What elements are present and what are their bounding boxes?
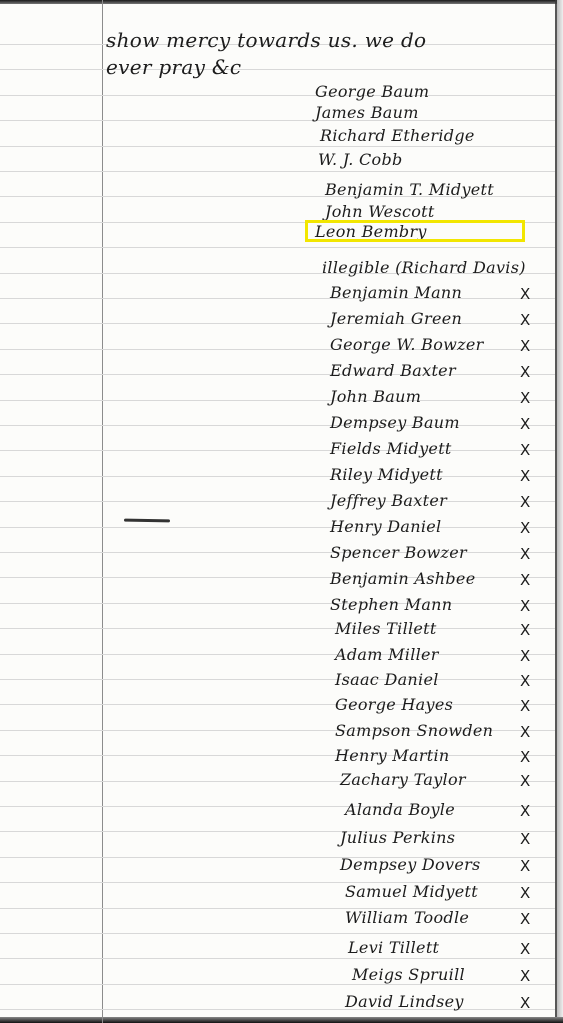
signature-mark-x: X — [520, 415, 530, 433]
signature-name: Riley Midyett — [330, 465, 443, 484]
signature-mark-x: X — [520, 389, 530, 407]
signature-mark-x: X — [520, 571, 530, 589]
signature-name: Isaac Daniel — [335, 670, 439, 689]
page-right-shadow — [557, 0, 563, 1023]
signature-mark-x: X — [520, 285, 530, 303]
page-bottom-edge — [0, 1017, 563, 1023]
ruled-line — [0, 1009, 555, 1010]
ruled-line — [0, 958, 555, 959]
signature-mark-x: X — [520, 363, 530, 381]
signature-mark-x: X — [520, 311, 530, 329]
ruled-line — [0, 323, 555, 324]
signature-mark-x: X — [520, 597, 530, 615]
signature-name: Julius Perkins — [340, 828, 455, 847]
ruled-line — [0, 425, 555, 426]
signature-name: Samuel Midyett — [345, 882, 478, 901]
signature-name: Adam Miller — [335, 645, 439, 664]
signature-mark-x: X — [520, 830, 530, 848]
ruled-line — [0, 704, 555, 705]
signature-mark-x: X — [520, 723, 530, 741]
ruled-line — [0, 831, 555, 832]
signature-name: illegible (Richard Davis) — [322, 258, 526, 277]
ruled-line — [0, 171, 555, 172]
ruled-line — [0, 654, 555, 655]
signature-name: John Baum — [330, 387, 421, 406]
ruled-line — [0, 69, 555, 70]
signature-mark-x: X — [520, 545, 530, 563]
ink-smudge — [124, 519, 170, 523]
signature-name: Fields Midyett — [330, 439, 452, 458]
ruled-line — [0, 908, 555, 909]
ruled-line — [0, 476, 555, 477]
ruled-line — [0, 755, 555, 756]
intro-line-1: show mercy towards us. we do — [106, 28, 426, 52]
signature-name: Benjamin Ashbee — [330, 569, 475, 588]
signature-mark-x: X — [520, 802, 530, 820]
signature-name: Alanda Boyle — [345, 800, 455, 819]
signature-name: Dempsey Dovers — [340, 855, 481, 874]
signature-name: Levi Tillett — [348, 938, 439, 957]
signature-mark-x: X — [520, 621, 530, 639]
signature-mark-x: X — [520, 441, 530, 459]
signature-name: Dempsey Baum — [330, 413, 460, 432]
signature-name: Sampson Snowden — [335, 721, 493, 740]
signature-name: Benjamin Mann — [330, 283, 462, 302]
signature-name: William Toodle — [345, 908, 469, 927]
signature-name: Spencer Bowzer — [330, 543, 467, 562]
signature-name: George Baum — [315, 82, 429, 101]
signature-mark-x: X — [520, 910, 530, 928]
ruled-line — [0, 400, 555, 401]
signature-name: Miles Tillett — [335, 619, 437, 638]
signature-mark-x: X — [520, 467, 530, 485]
signature-mark-x: X — [520, 672, 530, 690]
intro-line-2: ever pray &c — [106, 55, 241, 79]
signature-name: Richard Etheridge — [320, 126, 475, 145]
signature-mark-x: X — [520, 647, 530, 665]
signature-mark-x: X — [520, 884, 530, 902]
signature-mark-x: X — [520, 697, 530, 715]
ruled-line — [0, 552, 555, 553]
ruled-line — [0, 120, 555, 121]
signature-mark-x: X — [520, 337, 530, 355]
ruled-line — [0, 450, 555, 451]
ruled-line — [0, 806, 555, 807]
ruled-line — [0, 374, 555, 375]
ruled-line — [0, 628, 555, 629]
signature-mark-x: X — [520, 967, 530, 985]
signature-name: Stephen Mann — [330, 595, 452, 614]
document-page: show mercy towards us. we do ever pray &… — [0, 0, 563, 1023]
signature-name: W. J. Cobb — [318, 150, 403, 169]
ruled-line — [0, 984, 555, 985]
ruled-line — [0, 679, 555, 680]
ruled-line — [0, 603, 555, 604]
ruled-line — [0, 781, 555, 782]
signature-name: Benjamin T. Midyett — [325, 180, 494, 199]
ruled-line — [0, 298, 555, 299]
highlight-box — [305, 220, 525, 242]
signature-mark-x: X — [520, 748, 530, 766]
signature-name: Zachary Taylor — [340, 770, 466, 789]
signature-name: David Lindsey — [345, 992, 464, 1011]
signature-name: Jeffrey Baxter — [330, 491, 447, 510]
page-top-edge — [0, 0, 563, 4]
ruled-line — [0, 501, 555, 502]
signature-mark-x: X — [520, 772, 530, 790]
signature-name: George W. Bowzer — [330, 335, 484, 354]
signature-name: James Baum — [315, 103, 419, 122]
signature-name: Edward Baxter — [330, 361, 456, 380]
signature-name: Henry Daniel — [330, 517, 441, 536]
left-margin-line — [102, 0, 103, 1023]
signature-name: John Wescott — [325, 202, 435, 221]
ruled-line — [0, 95, 555, 96]
signature-mark-x: X — [520, 857, 530, 875]
signature-name: George Hayes — [335, 695, 453, 714]
signature-mark-x: X — [520, 493, 530, 511]
page-right-border — [555, 0, 557, 1023]
signature-mark-x: X — [520, 994, 530, 1012]
ruled-line — [0, 527, 555, 528]
ruled-line — [0, 933, 555, 934]
signature-name: Jeremiah Green — [330, 309, 462, 328]
ruled-line — [0, 247, 555, 248]
signature-name: Meigs Spruill — [352, 965, 465, 984]
ruled-line — [0, 146, 555, 147]
signature-mark-x: X — [520, 940, 530, 958]
signature-name: Henry Martin — [335, 746, 450, 765]
signature-mark-x: X — [520, 519, 530, 537]
